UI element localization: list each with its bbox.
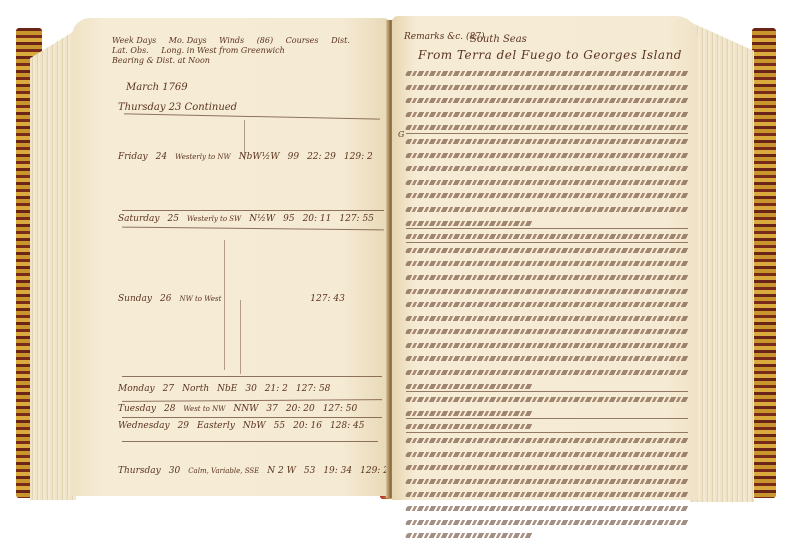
- log-row: Saturday25Westerly to SWN½W9520: 11127: …: [118, 214, 382, 224]
- header-long: Long. in West from Greenwich: [161, 46, 285, 56]
- remarks-label: Remarks &c.: [404, 32, 463, 42]
- open-logbook-photo: Week Days Mo. Days Winds (86) Courses Di…: [0, 0, 800, 546]
- page-number-left: (86): [257, 36, 273, 46]
- column-rule: [224, 240, 225, 370]
- margin-note: G: [398, 130, 406, 170]
- header-week-days: Week Days: [112, 36, 156, 46]
- region-label: South Seas: [470, 34, 527, 45]
- table-rule: [122, 210, 384, 211]
- log-row: Wednesday29EasterlyNbW5520: 16128: 45: [118, 421, 372, 431]
- gilt-cover-right: [752, 28, 776, 498]
- page-block-right: [690, 22, 754, 502]
- log-row: Thursday30Calm, Variable, SSEN 2 W5319: …: [118, 466, 403, 476]
- log-row: Friday24Westerly to NWNbW½W9922: 29129: …: [118, 152, 381, 162]
- header-lat: Lat. Obs.: [112, 46, 149, 56]
- journal-handwriting: [406, 66, 688, 542]
- log-row: Monday27NorthNbE3021: 2127: 58: [118, 384, 338, 394]
- log-row: Tuesday28West to NWNNW3720: 20127: 50: [118, 404, 365, 414]
- table-rule: [122, 417, 382, 418]
- table-rule: [122, 441, 378, 442]
- header-courses: Courses: [286, 36, 319, 46]
- journal-title: From Terra del Fuego to Georges Island: [418, 48, 682, 62]
- continued-label: Thursday 23 Continued: [118, 102, 237, 113]
- header-bearing: Bearing & Dist. at Noon: [112, 56, 210, 66]
- header-month-days: Mo. Days: [169, 36, 207, 46]
- table-rule: [122, 376, 382, 377]
- log-row: Sunday26NW to West 127: 43: [118, 294, 353, 304]
- log-column-headers: Week Days Mo. Days Winds (86) Courses Di…: [112, 36, 382, 66]
- header-winds: Winds: [219, 36, 244, 46]
- month-label: March 1769: [126, 82, 188, 93]
- header-dist: Dist.: [331, 36, 350, 46]
- column-rule: [240, 300, 241, 374]
- page-block-left: [30, 30, 76, 500]
